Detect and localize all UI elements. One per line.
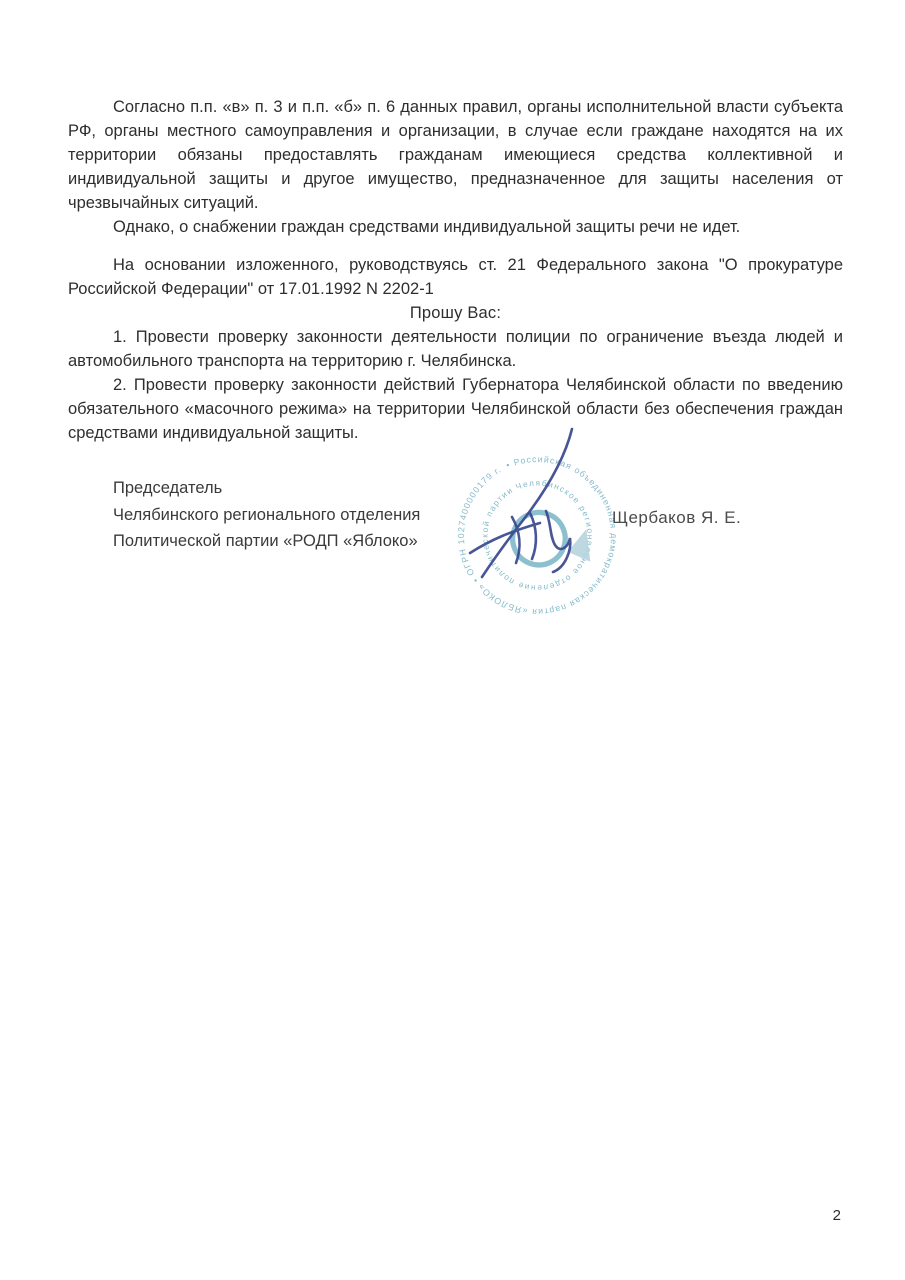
handwritten-signature xyxy=(460,421,590,606)
request-heading: Прошу Вас: xyxy=(68,301,843,325)
signer-name: Щербаков Я. Е. xyxy=(612,506,741,530)
signer-title-line-1: Председатель xyxy=(113,475,420,502)
signer-title-line-3: Политической партии «РОДП «Яблоко» xyxy=(113,528,420,555)
document-page: Согласно п.п. «в» п. 3 и п.п. «б» п. 6 д… xyxy=(0,0,905,1280)
request-item-2: 2. Провести проверку законности действий… xyxy=(68,373,843,445)
signer-title-line-2: Челябинского регионального отделения xyxy=(113,502,420,529)
request-item-1: 1. Провести проверку законности деятельн… xyxy=(68,325,843,373)
signature-block: Председатель Челябинского регионального … xyxy=(68,463,843,693)
page-number: 2 xyxy=(833,1207,841,1224)
paragraph-legal-basis: На основании изложенного, руководствуясь… xyxy=(68,253,843,301)
paragraph-rules: Согласно п.п. «в» п. 3 и п.п. «б» п. 6 д… xyxy=(68,95,843,215)
paragraph-however: Однако, о снабжении граждан средствами и… xyxy=(68,215,843,239)
signer-title: Председатель Челябинского регионального … xyxy=(113,475,420,555)
document-body: Согласно п.п. «в» п. 3 и п.п. «б» п. 6 д… xyxy=(68,95,843,693)
